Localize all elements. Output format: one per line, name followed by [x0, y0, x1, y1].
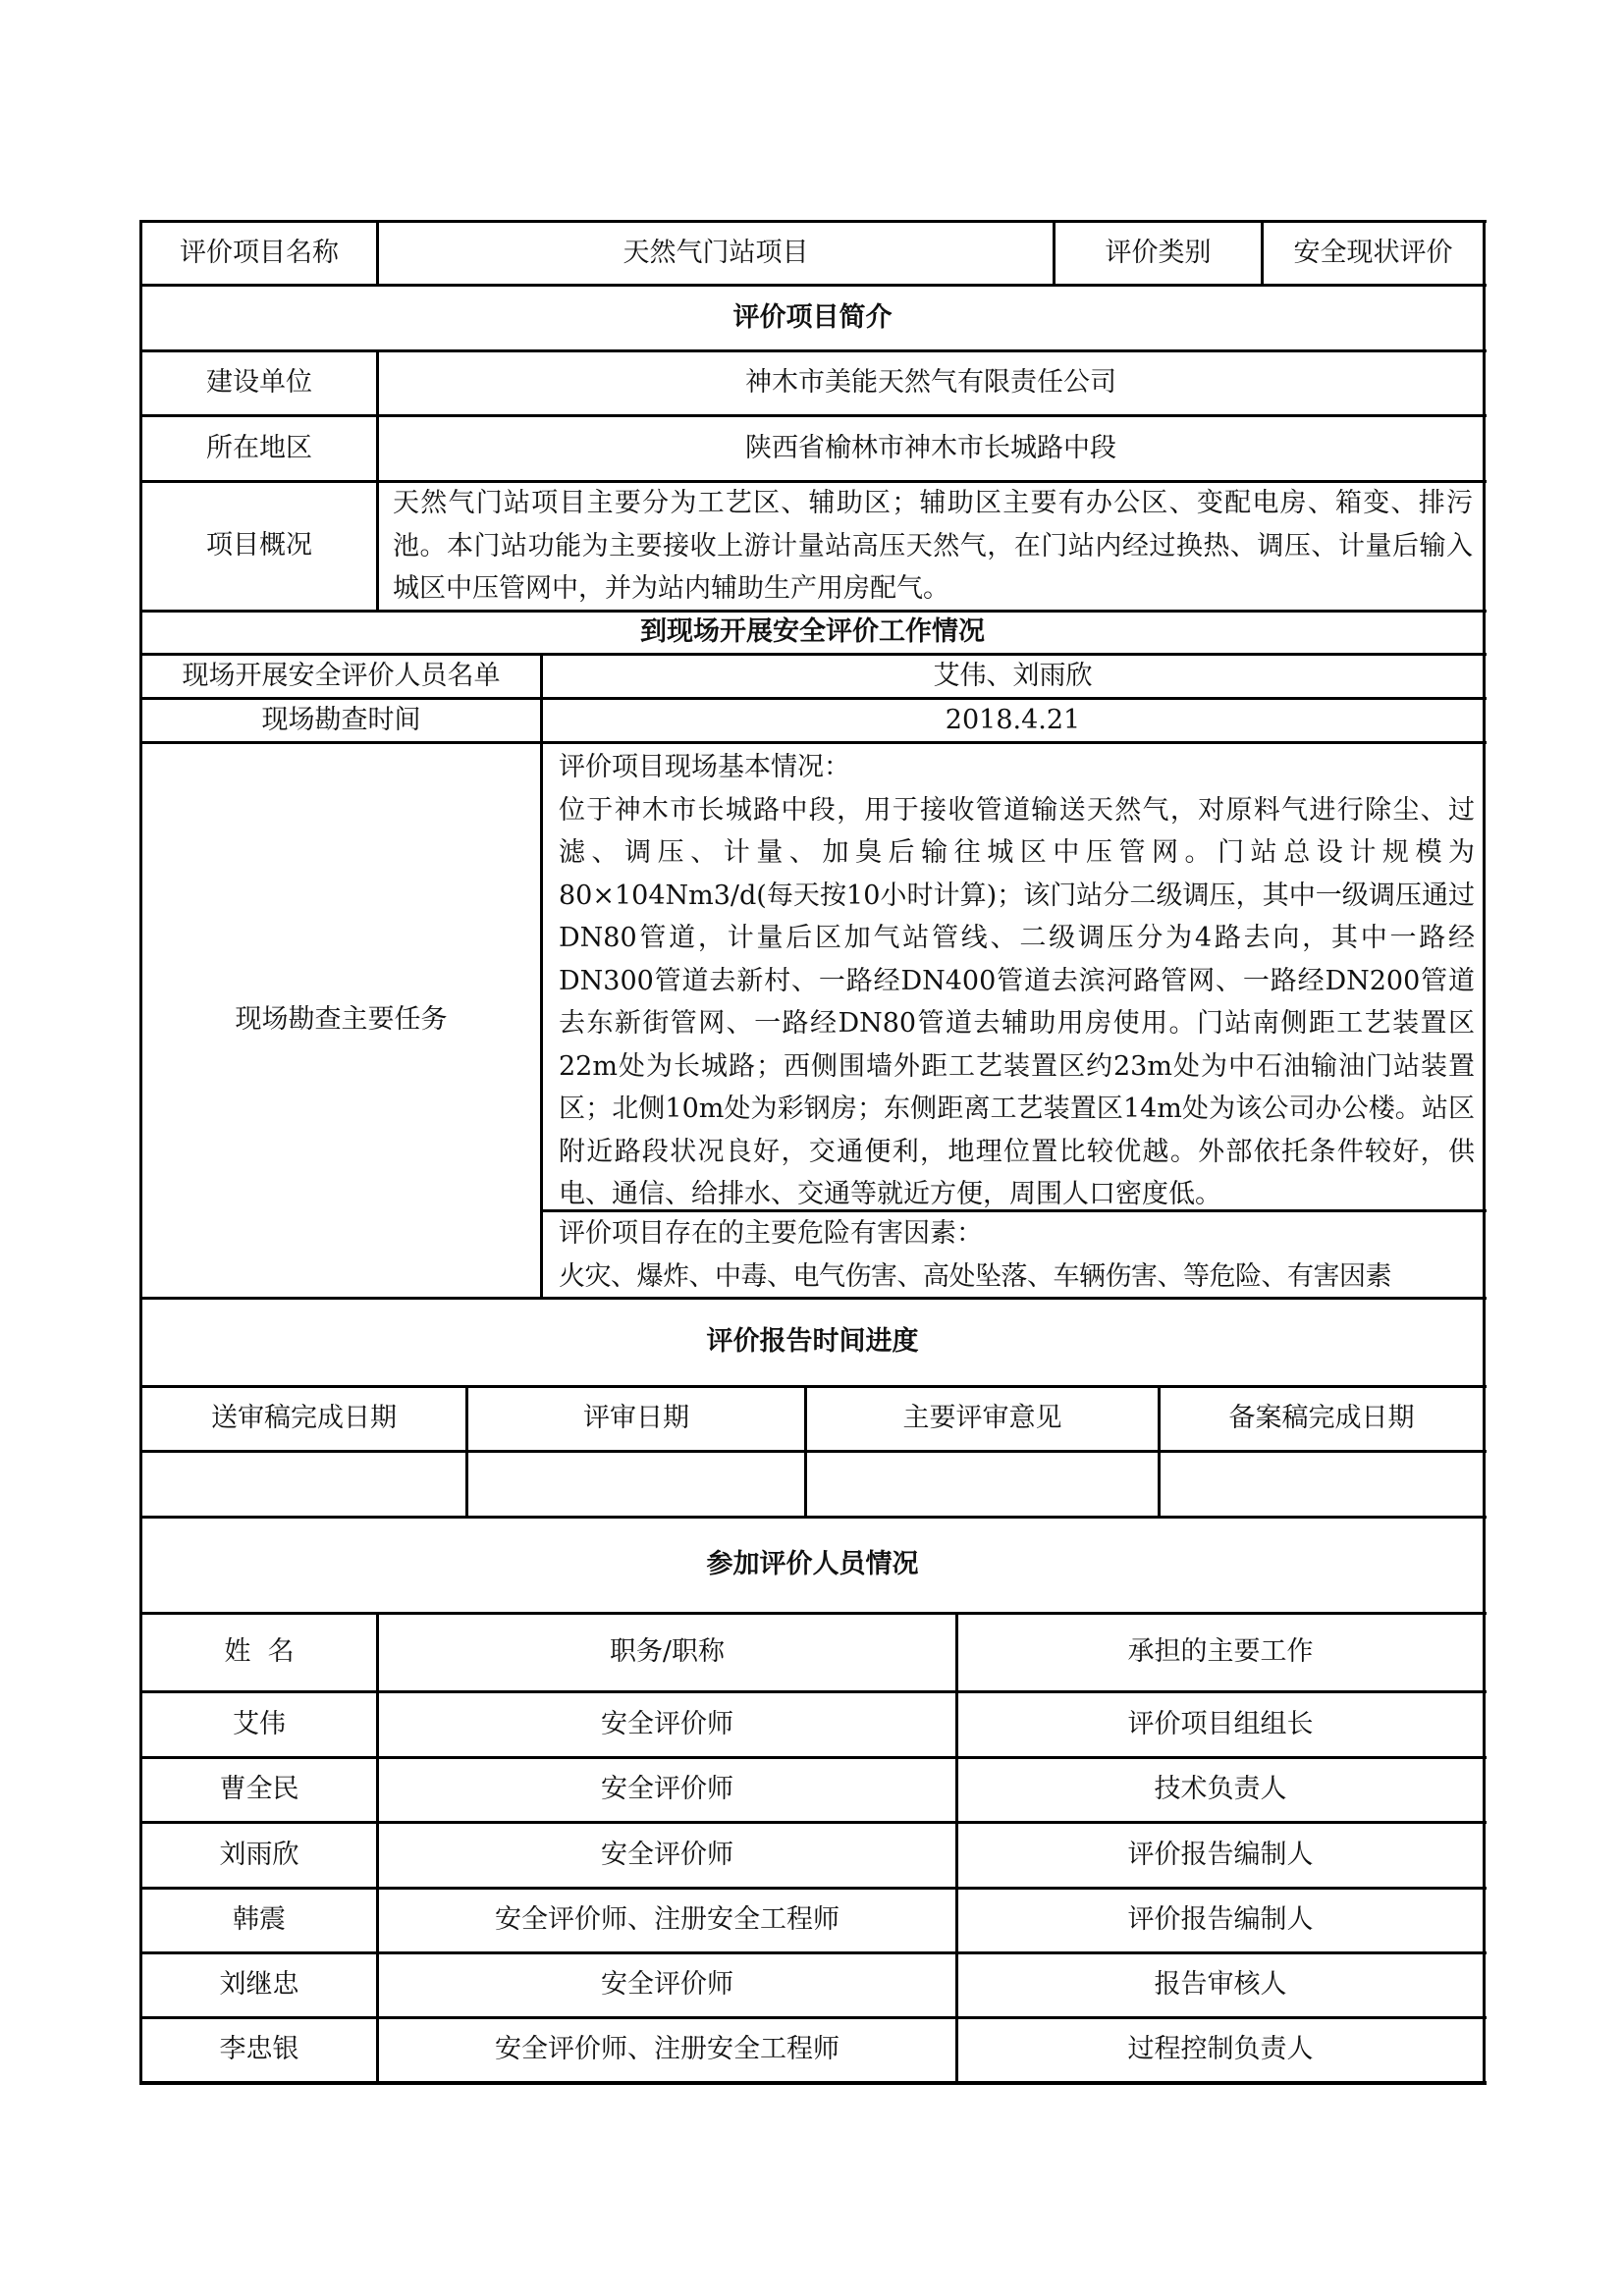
- personnel-name: 韩震: [142, 1890, 376, 1951]
- personnel-role: 技术负责人: [958, 1759, 1483, 1821]
- schedule-col-draft-date: 送审稿完成日期: [142, 1388, 465, 1450]
- schedule-value-review-opinion: [807, 1453, 1158, 1516]
- staff-label: 现场开展安全评价人员名单: [142, 656, 540, 697]
- schedule-value-final-date: [1161, 1453, 1483, 1516]
- personnel-title: 安全评价师: [379, 1824, 955, 1887]
- category-value: 安全现状评价: [1264, 223, 1483, 284]
- personnel-col-role: 承担的主要工作: [958, 1615, 1483, 1690]
- schedule-col-review-opinion: 主要评审意见: [807, 1388, 1158, 1450]
- overview-text: 天然气门站项目主要分为工艺区、辅助区；辅助区主要有办公区、变配电房、箱变、排污池…: [379, 482, 1483, 610]
- personnel-role: 报告审核人: [958, 1954, 1483, 2016]
- region-value: 陕西省榆林市神木市长城路中段: [379, 417, 1483, 480]
- builder-label: 建设单位: [142, 352, 376, 414]
- builder-value: 神木市美能天然气有限责任公司: [379, 352, 1483, 414]
- personnel-title: 安全评价师、注册安全工程师: [379, 2019, 955, 2081]
- overview-paragraph: 天然气门站项目主要分为工艺区、辅助区；辅助区主要有办公区、变配电房、箱变、排污池…: [393, 482, 1473, 611]
- personnel-name: 刘继忠: [142, 1954, 376, 2016]
- schedule-value-review-date: [468, 1453, 804, 1516]
- personnel-name: 李忠银: [142, 2019, 376, 2081]
- staff-value: 艾伟、刘雨欣: [543, 656, 1483, 697]
- rule: [1483, 220, 1486, 2085]
- site-basic-heading: 评价项目现场基本情况：: [559, 746, 1475, 789]
- schedule-value-draft-date: [142, 1453, 465, 1516]
- personnel-role: 评价报告编制人: [958, 1824, 1483, 1887]
- personnel-role: 评价项目组组长: [958, 1693, 1483, 1756]
- rule: [140, 2081, 1487, 2085]
- overview-label: 项目概况: [142, 483, 376, 610]
- personnel-role: 过程控制负责人: [958, 2019, 1483, 2081]
- survey-task-label: 现场勘查主要任务: [142, 744, 540, 1297]
- personnel-title: 安全评价师、注册安全工程师: [379, 1890, 955, 1951]
- survey-date-value: 2018.4.21: [543, 700, 1483, 741]
- personnel-col-title: 职务/职称: [379, 1615, 955, 1690]
- personnel-title: 安全评价师: [379, 1693, 955, 1756]
- project-name-label: 评价项目名称: [142, 223, 376, 284]
- hazard-heading: 评价项目存在的主要危险有害因素：: [559, 1212, 1479, 1255]
- section-title-intro: 评价项目简介: [142, 287, 1483, 349]
- personnel-role: 评价报告编制人: [958, 1890, 1483, 1951]
- personnel-name: 艾伟: [142, 1693, 376, 1756]
- survey-date-label: 现场勘查时间: [142, 700, 540, 741]
- schedule-col-final-date: 备案稿完成日期: [1161, 1388, 1483, 1450]
- personnel-name: 曹全民: [142, 1759, 376, 1821]
- site-basic-info: 评价项目现场基本情况： 位于神木市长城路中段，用于接收管道输送天然气，对原料气进…: [543, 746, 1483, 1209]
- project-name-value: 天然气门站项目: [379, 223, 1053, 284]
- site-basic-text: 位于神木市长城路中段，用于接收管道输送天然气，对原料气进行除尘、过滤、调压、计量…: [559, 789, 1475, 1216]
- region-label: 所在地区: [142, 417, 376, 480]
- personnel-title: 安全评价师: [379, 1954, 955, 2016]
- section-title-schedule: 评价报告时间进度: [142, 1300, 1483, 1385]
- personnel-title: 安全评价师: [379, 1759, 955, 1821]
- personnel-col-name: 姓 名: [142, 1615, 376, 1690]
- hazard-info: 评价项目存在的主要危险有害因素： 火灾、爆炸、中毒、电气伤害、高处坠落、车辆伤害…: [543, 1212, 1483, 1297]
- hazard-text: 火灾、爆炸、中毒、电气伤害、高处坠落、车辆伤害、等危险、有害因素: [559, 1255, 1479, 1299]
- category-label: 评价类别: [1056, 223, 1261, 284]
- personnel-name: 刘雨欣: [142, 1824, 376, 1887]
- schedule-col-review-date: 评审日期: [468, 1388, 804, 1450]
- section-title-personnel: 参加评价人员情况: [142, 1519, 1483, 1612]
- section-title-site-work: 到现场开展安全评价工作情况: [142, 613, 1483, 653]
